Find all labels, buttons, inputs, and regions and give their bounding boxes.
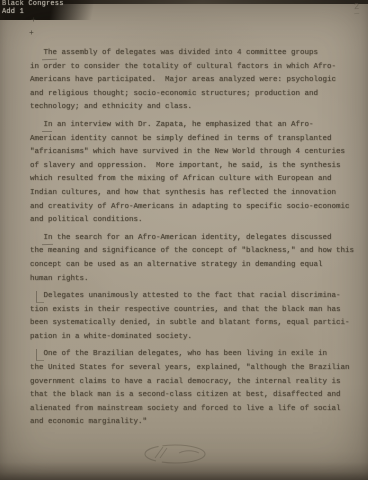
paragraph-brazilian-delegate: One of the Brazilian delegates, who has … [30,348,362,430]
paragraph-racial-discrimination: Delegates unanimously attested to the fa… [30,290,362,344]
scanned-document-page: Black CongressAdd 1 2 + + The assembly o… [0,0,368,480]
archive-label-line1: Black Congress [2,0,64,8]
paragraph-zapata-interview: In an interview with Dr. Zapata, he emph… [30,119,362,228]
typewritten-text-body: The assembly of delegates was divided in… [30,47,362,434]
archive-label-line2: Add 1 [2,8,24,16]
paragraph-committee-groups: The assembly of delegates was divided in… [30,47,362,115]
pencil-scribble [133,437,217,469]
page-number: 2 [353,3,359,14]
archive-label: Black CongressAdd 1 [2,0,64,16]
typed-plus-mark: + [31,17,36,25]
paragraph-blackness-concept: In the search for an Afro-American ident… [30,232,362,286]
typed-plus-mark: + [29,30,34,38]
